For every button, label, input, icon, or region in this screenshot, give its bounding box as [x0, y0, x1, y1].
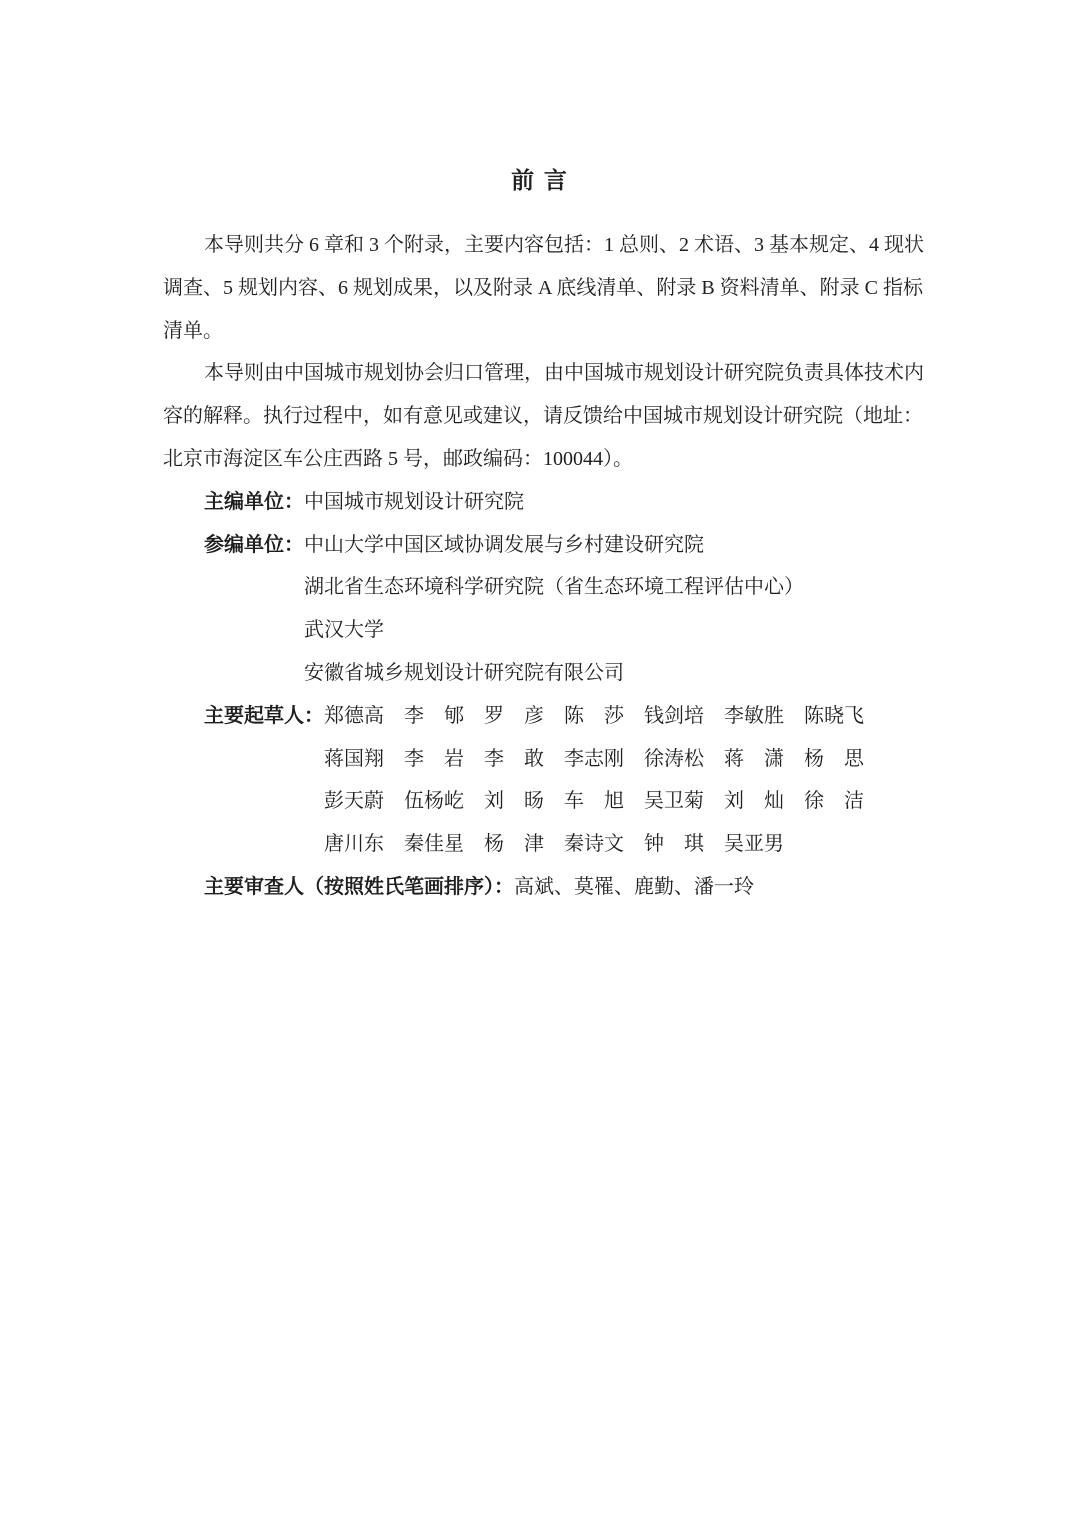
co-editors-label: 参编单位： — [204, 534, 304, 556]
drafters-row: 唐川东 秦佳星 杨 津 秦诗文 钟 琪 吴亚男 — [163, 823, 917, 866]
paragraph-line: 容的解释。执行过程中，如有意见或建议，请反馈给中国城市规划设计研究院（地址： — [163, 395, 917, 438]
co-editor-row: 安徽省城乡规划设计研究院有限公司 — [163, 652, 917, 695]
drafters-block: 主要起草人：郑德高 李 郇 罗 彦 陈 莎 钱剑培 李敏胜 陈晓飞 蒋国翔 李 … — [163, 695, 917, 866]
drafters-label: 主要起草人： — [204, 705, 324, 727]
page-title: 前 言 — [163, 166, 917, 196]
reviewers-row: 主要审查人（按照姓氏笔画排序）：高斌、莫罹、鹿勤、潘一玲 — [163, 866, 917, 909]
paragraph-overview: 本导则共分 6 章和 3 个附录，主要内容包括：1 总则、2 术语、3 基本规定… — [163, 224, 917, 352]
drafters-row: 蒋国翔 李 岩 李 敢 李志刚 徐涛松 蒋 潇 杨 思 — [163, 738, 917, 781]
drafters-row: 主要起草人：郑德高 李 郇 罗 彦 陈 莎 钱剑培 李敏胜 陈晓飞 — [163, 695, 917, 738]
chief-editor-row: 主编单位：中国城市规划设计研究院 — [163, 481, 917, 524]
paragraph-line: 北京市海淀区车公庄西路 5 号，邮政编码：100044）。 — [163, 438, 917, 481]
chief-editor-value: 中国城市规划设计研究院 — [304, 491, 524, 513]
document-page: 前 言 本导则共分 6 章和 3 个附录，主要内容包括：1 总则、2 术语、3 … — [0, 0, 1080, 1527]
reviewers-label: 主要审查人（按照姓氏笔画排序）： — [204, 876, 514, 898]
drafters-row: 彭天蔚 伍杨屹 刘 旸 车 旭 吴卫菊 刘 灿 徐 洁 — [163, 780, 917, 823]
paragraph-management: 本导则由中国城市规划协会归口管理，由中国城市规划设计研究院负责具体技术内 容的解… — [163, 352, 917, 480]
paragraph-line: 本导则共分 6 章和 3 个附录，主要内容包括：1 总则、2 术语、3 基本规定… — [163, 224, 917, 267]
paragraph-line: 清单。 — [163, 310, 917, 353]
reviewers-names: 高斌、莫罹、鹿勤、潘一玲 — [514, 876, 754, 898]
paragraph-line: 调查、5 规划内容、6 规划成果，以及附录 A 底线清单、附录 B 资料清单、附… — [163, 267, 917, 310]
paragraph-line: 本导则由中国城市规划协会归口管理，由中国城市规划设计研究院负责具体技术内 — [163, 352, 917, 395]
drafters-names: 郑德高 李 郇 罗 彦 陈 莎 钱剑培 李敏胜 陈晓飞 — [324, 705, 864, 727]
co-editor-value: 中山大学中国区域协调发展与乡村建设研究院 — [304, 534, 704, 556]
co-editors-block: 参编单位：中山大学中国区域协调发展与乡村建设研究院 湖北省生态环境科学研究院（省… — [163, 524, 917, 695]
co-editor-row: 湖北省生态环境科学研究院（省生态环境工程评估中心） — [163, 566, 917, 609]
co-editor-row: 参编单位：中山大学中国区域协调发展与乡村建设研究院 — [163, 524, 917, 567]
co-editor-row: 武汉大学 — [163, 609, 917, 652]
page-content: 前 言 本导则共分 6 章和 3 个附录，主要内容包括：1 总则、2 术语、3 … — [163, 166, 917, 909]
chief-editor-label: 主编单位： — [204, 491, 304, 513]
